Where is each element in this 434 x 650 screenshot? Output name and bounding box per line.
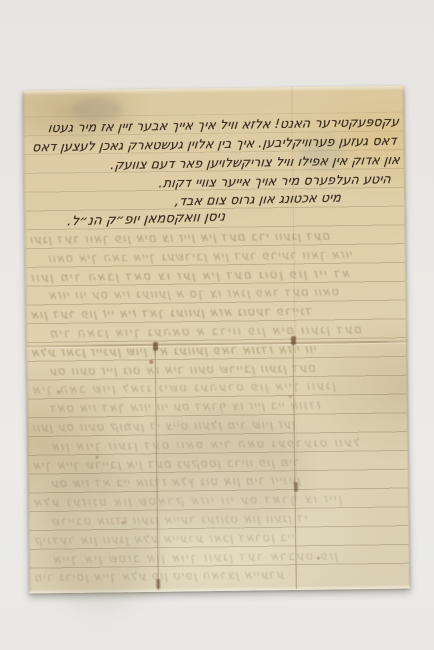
scanner-background: ועגן דער וואך פון אים צו זיין אין דעם בר…	[0, 0, 434, 650]
signature-line: ניסן וואקסמאן יופ״ק הנ״ל.	[66, 207, 226, 231]
letter-paper-sheet: ועגן דער וואך פון אים צו זיין אין דעם בר…	[23, 86, 411, 594]
handwritten-text-block: עקספּעקטירער האנט! אלזא וויל איך אייך אב…	[23, 86, 411, 594]
letter-closing-line: מיט אכטונג און גרוס צום אבד,	[174, 187, 342, 210]
scanned-letter-page: { "document": { "kind": "handwritten-let…	[0, 0, 434, 650]
